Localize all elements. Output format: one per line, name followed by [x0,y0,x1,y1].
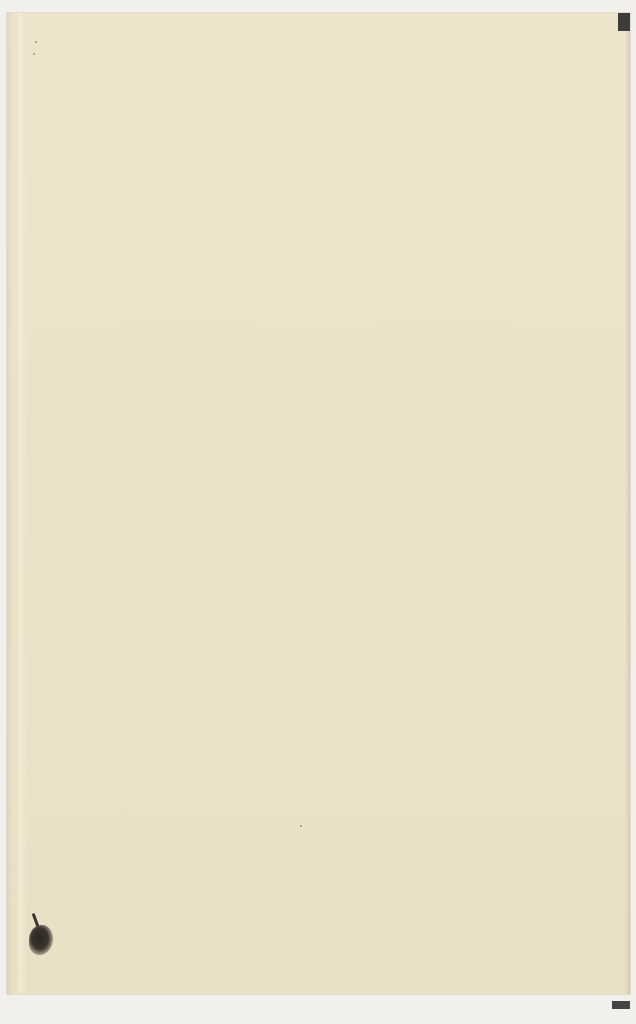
ink-blot [29,925,53,955]
scan-edge-dark-bottom [612,1001,630,1009]
page-edge-shadow [625,13,630,994]
paper-speck [300,825,302,827]
scan-edge-dark-top [618,13,630,31]
paper-speck [35,41,37,43]
document-viewer [0,0,636,1024]
scanned-page [7,13,630,994]
paper-speck [33,53,35,55]
